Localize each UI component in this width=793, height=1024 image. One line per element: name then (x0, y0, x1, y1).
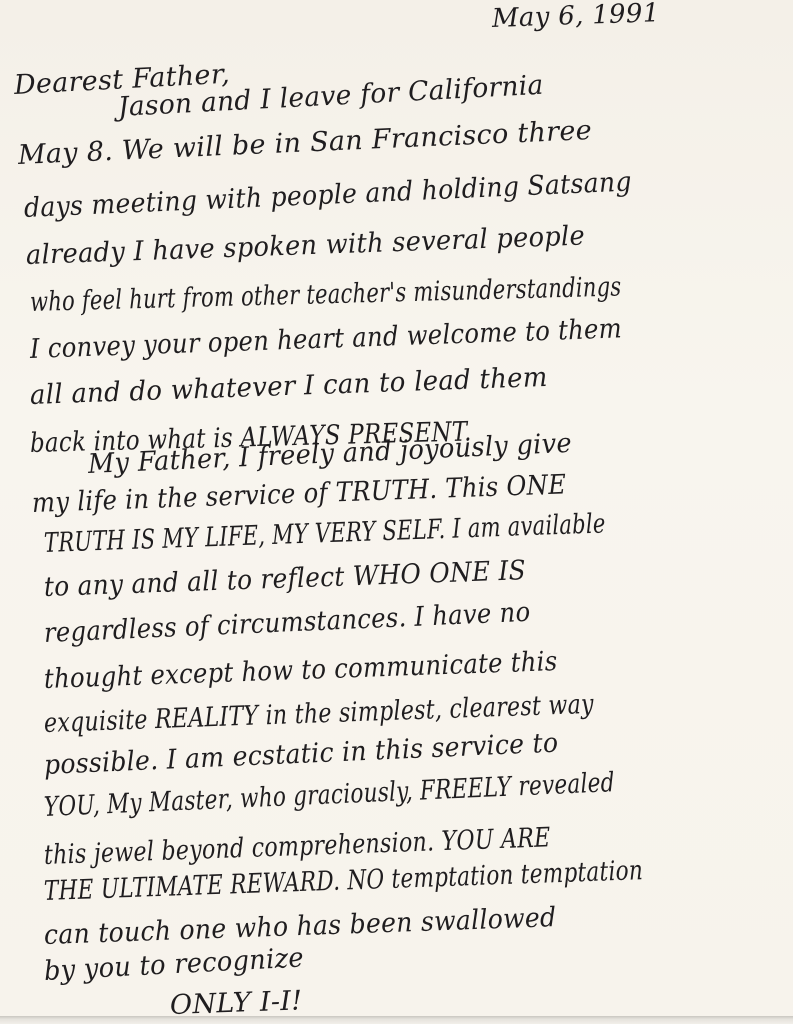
letter-date: May 6, 1991 (491, 0, 660, 34)
page-bottom-edge (0, 1016, 793, 1024)
closing-line: ONLY I-I! (169, 985, 302, 1021)
